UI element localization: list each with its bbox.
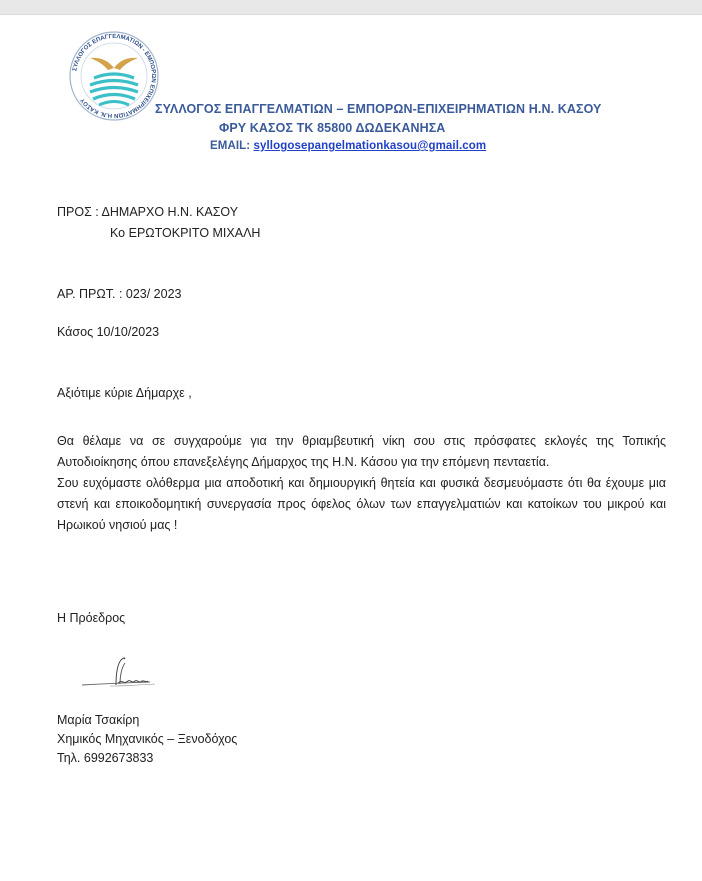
email-label: EMAIL:: [210, 140, 254, 152]
handwritten-signature-icon: [80, 655, 180, 695]
signatory-title: Η Πρόεδρος: [57, 611, 125, 625]
body-paragraph: Σου ευχόμαστε ολόθερμα μια αποδοτική και…: [57, 473, 666, 536]
signatory-profession: Χημικός Μηχανικός – Ξενοδόχος: [57, 732, 237, 746]
place-date: Κάσος 10/10/2023: [57, 325, 159, 339]
signatory-name: Μαρία Τσακίρη: [57, 713, 139, 727]
recipient-line: ΠΡΟΣ : ΔΗΜΑΡΧΟ Η.Ν. ΚΑΣΟΥ: [57, 205, 238, 219]
email-link[interactable]: syllogosepangelmationkasou@gmail.com: [254, 140, 487, 152]
association-logo-icon: ΣΥΛΛΟΓΟΣ ΕΠΑΓΓΕΛΜΑΤΙΩΝ - ΕΜΠΟΡΩΝ ΕΠΙΧΕΙΡ…: [68, 30, 160, 122]
signatory-phone: Τηλ. 6992673833: [57, 751, 153, 765]
viewer-top-bar: [0, 0, 702, 15]
organization-email-line: EMAIL: syllogosepangelmationkasou@gmail.…: [210, 140, 486, 152]
body-paragraph: Θα θέλαμε να σε συγχαρούμε για την θριαμ…: [57, 431, 666, 473]
protocol-number: ΑΡ. ΠΡΩΤ. : 023/ 2023: [57, 287, 182, 301]
organization-address: ΦΡΥ ΚΑΣΟΣ ΤΚ 85800 ΔΩΔΕΚΑΝΗΣΑ: [219, 121, 445, 135]
organization-name: ΣΥΛΛΟΓΟΣ ΕΠΑΓΓΕΛΜΑΤΙΩΝ – ΕΜΠΟΡΩΝ-ΕΠΙΧΕΙΡ…: [155, 102, 602, 116]
salutation: Αξιότιμε κύριε Δήμαρχε ,: [57, 386, 192, 400]
recipient-name: Κο ΕΡΩΤΟΚΡΙΤΟ ΜΙΧΑΛΗ: [110, 226, 260, 240]
letter-body: Θα θέλαμε να σε συγχαρούμε για την θριαμ…: [57, 431, 666, 536]
